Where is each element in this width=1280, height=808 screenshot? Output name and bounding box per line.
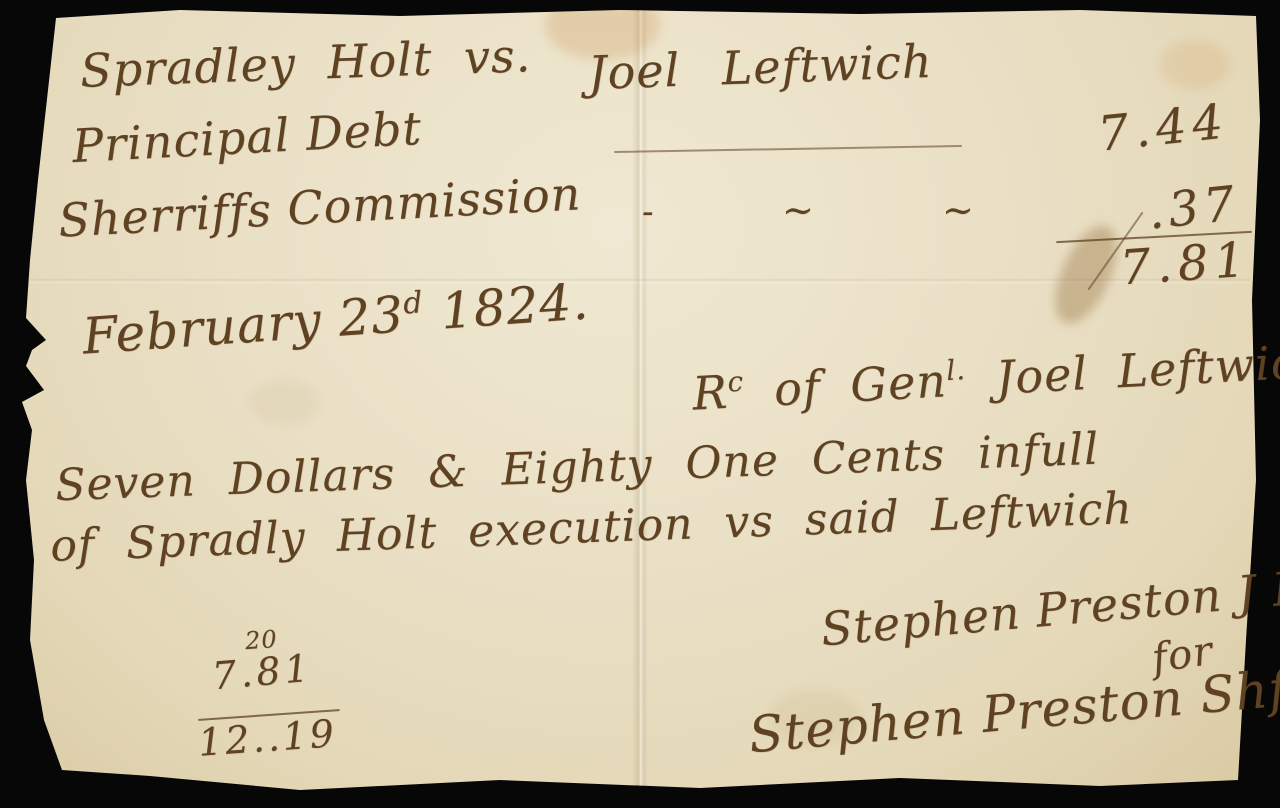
vertical-fold-crease xyxy=(632,0,648,808)
ledger-total-amount: 7.81 xyxy=(1118,232,1252,297)
receipt-sup-c: c xyxy=(727,365,745,399)
leader-dash: ~ xyxy=(942,188,975,232)
scanned-document-page: { "document": { "kind": "Handwritten she… xyxy=(0,0,1280,808)
paper-stain xyxy=(250,380,320,425)
math-minuend: 7.81 xyxy=(210,646,314,699)
ink-smudge xyxy=(1043,217,1130,332)
leader-dash: - xyxy=(642,192,655,232)
receipt-r: R xyxy=(691,365,729,421)
receipt-sup-l: l. xyxy=(945,353,966,387)
ink-stain xyxy=(1160,40,1230,90)
leader-dash: ~ xyxy=(782,188,815,232)
date-year: 1824. xyxy=(422,272,591,341)
receipt-of-gen: of Gen xyxy=(743,353,948,418)
ledger-commission-amount: .37 xyxy=(1145,175,1242,240)
